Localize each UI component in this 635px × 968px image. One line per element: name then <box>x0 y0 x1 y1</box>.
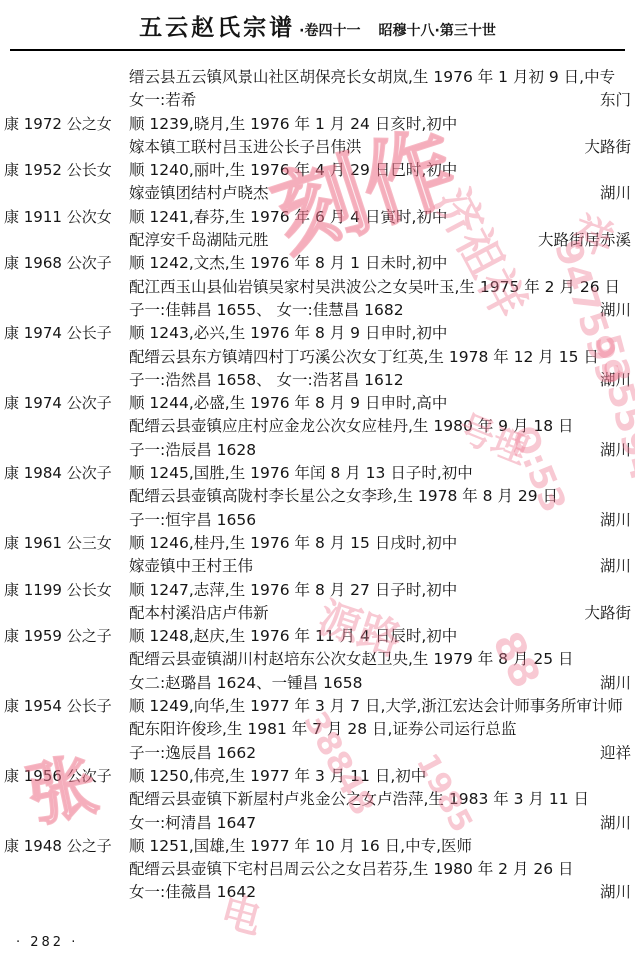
entry-text: 配江西玉山县仙岩镇吴家村吴洪波公之女吴叶玉,生 1975 年 2 月 26 日 <box>129 276 620 299</box>
entry-line: 顺 1250,伟亮,生 1977 年 3 月 11 日,初中 <box>129 765 635 788</box>
entry-line: 女一:佳薇昌 1642湖川 <box>129 881 635 904</box>
entry-line: 配淳安千岛湖陆元胜大路街居赤溪 <box>129 229 635 252</box>
entry-text: 顺 1246,桂丹,生 1976 年 8 月 15 日戌时,初中 <box>129 532 457 555</box>
entry-text: 缙云县五云镇风景山社区胡保亮长女胡岚,生 1976 年 1 月初 9 日,中专 <box>129 66 615 89</box>
residence-label: 湖川 <box>600 439 635 462</box>
generation-label: 康 1972 公之女 <box>4 113 112 136</box>
entry-line: 配缙云县东方镇靖四村丁巧溪公次女丁红英,生 1978 年 12 月 15 日 <box>129 346 635 369</box>
generation-label: 康 1911 公次女 <box>4 206 112 229</box>
entry-text: 配缙云县壶镇湖川村赵培东公次女赵卫央,生 1979 年 8 月 25 日 <box>129 648 574 671</box>
generation-label: 康 1974 公长子 <box>4 322 112 345</box>
genealogy-entry: 康 1911 公次女顺 1241,春芬,生 1976 年 6 月 4 日寅时,初… <box>0 206 635 253</box>
entry-text: 女一:若希 <box>129 89 196 112</box>
entry-text: 顺 1240,丽叶,生 1976 年 4 月 29 日巳时,初中 <box>129 159 457 182</box>
entry-text: 子一:逸辰昌 1662 <box>129 742 256 765</box>
generation-label: 康 1954 公长子 <box>4 695 112 718</box>
entry-line: 嫁本镇工联村吕玉进公长子吕伟洪大路街 <box>129 136 635 159</box>
entry-text: 配缙云县壶镇下宅村吕周云公之女吕若芬,生 1980 年 2 月 26 日 <box>129 858 574 881</box>
entry-line: 女二:赵璐昌 1624、一锺昌 1658湖川 <box>129 672 635 695</box>
genealogy-entry: 康 1968 公次子顺 1242,文杰,生 1976 年 8 月 1 日未时,初… <box>0 252 635 322</box>
entry-text: 顺 1247,志萍,生 1976 年 8 月 27 日子时,初中 <box>129 579 457 602</box>
entry-line: 子一:逸辰昌 1662迎祥 <box>129 742 635 765</box>
entry-text: 顺 1243,必兴,生 1976 年 8 月 9 日申时,初中 <box>129 322 447 345</box>
entry-line: 配缙云县壶镇应庄村应金龙公次女应桂丹,生 1980 年 9 月 18 日 <box>129 415 635 438</box>
generation-label: 康 1959 公之子 <box>4 625 112 648</box>
residence-label: 湖川 <box>600 812 635 835</box>
entry-line: 子一:浩然昌 1658、 女一:浩茗昌 1612湖川 <box>129 369 635 392</box>
genealogy-entry: 缙云县五云镇风景山社区胡保亮长女胡岚,生 1976 年 1 月初 9 日,中专女… <box>0 66 635 113</box>
genealogy-entry: 康 1984 公次子顺 1245,国胜,生 1976 年闰 8 月 13 日子时… <box>0 462 635 532</box>
page: 五云赵氏宗谱·卷四十一昭穆十八·第三十世 缙云县五云镇风景山社区胡保亮长女胡岚,… <box>0 0 635 905</box>
entry-text: 顺 1242,文杰,生 1976 年 8 月 1 日未时,初中 <box>129 252 447 275</box>
entry-text: 顺 1251,国雄,生 1977 年 10 月 16 日,中专,医师 <box>129 835 472 858</box>
residence-label: 大路街 <box>584 136 635 159</box>
generation-label: 康 1956 公次子 <box>4 765 112 788</box>
residence-label: 湖川 <box>600 182 635 205</box>
generation-label: 康 1984 公次子 <box>4 462 112 485</box>
entry-text: 顺 1245,国胜,生 1976 年闰 8 月 13 日子时,初中 <box>129 462 473 485</box>
entry-line: 配东阳许俊珍,生 1981 年 7 月 28 日,证券公司运行总监 <box>129 718 635 741</box>
genealogy-entry: 康 1199 公长女顺 1247,志萍,生 1976 年 8 月 27 日子时,… <box>0 579 635 626</box>
generation-label: 康 1961 公三女 <box>4 532 112 555</box>
entry-line: 子一:浩辰昌 1628湖川 <box>129 439 635 462</box>
entry-text: 配淳安千岛湖陆元胜 <box>129 229 269 252</box>
entry-text: 顺 1244,必盛,生 1976 年 8 月 9 日申时,高中 <box>129 392 447 415</box>
residence-label: 湖川 <box>600 509 635 532</box>
entry-line: 女一:若希东门 <box>129 89 635 112</box>
entry-line: 子一:恒宇昌 1656湖川 <box>129 509 635 532</box>
residence-label: 湖川 <box>600 881 635 904</box>
entry-line: 女一:柯清昌 1647湖川 <box>129 812 635 835</box>
entry-text: 子一:恒宇昌 1656 <box>129 509 256 532</box>
entry-line: 顺 1239,晓月,生 1976 年 1 月 24 日亥时,初中 <box>129 113 635 136</box>
entry-line: 顺 1240,丽叶,生 1976 年 4 月 29 日巳时,初中 <box>129 159 635 182</box>
entry-text: 嫁本镇工联村吕玉进公长子吕伟洪 <box>129 136 362 159</box>
genealogy-entry: 康 1948 公之子顺 1251,国雄,生 1977 年 10 月 16 日,中… <box>0 835 635 905</box>
entry-line: 顺 1243,必兴,生 1976 年 8 月 9 日申时,初中 <box>129 322 635 345</box>
entry-line: 配缙云县壶镇下宅村吕周云公之女吕若芬,生 1980 年 2 月 26 日 <box>129 858 635 881</box>
entry-text: 嫁壶镇中王村王伟 <box>129 555 253 578</box>
entry-text: 配缙云县壶镇高陇村李长星公之女李珍,生 1978 年 8 月 29 日 <box>129 485 558 508</box>
entry-line: 子一:佳韩昌 1655、 女一:佳慧昌 1682湖川 <box>129 299 635 322</box>
entry-line: 缙云县五云镇风景山社区胡保亮长女胡岚,生 1976 年 1 月初 9 日,中专 <box>129 66 635 89</box>
genealogy-entry: 康 1974 公次子顺 1244,必盛,生 1976 年 8 月 9 日申时,高… <box>0 392 635 462</box>
entry-text: 顺 1241,春芬,生 1976 年 6 月 4 日寅时,初中 <box>129 206 447 229</box>
entry-text: 配缙云县东方镇靖四村丁巧溪公次女丁红英,生 1978 年 12 月 15 日 <box>129 346 599 369</box>
entry-line: 配江西玉山县仙岩镇吴家村吴洪波公之女吴叶玉,生 1975 年 2 月 26 日 <box>129 276 635 299</box>
entry-line: 配缙云县壶镇湖川村赵培东公次女赵卫央,生 1979 年 8 月 25 日 <box>129 648 635 671</box>
generation-label: 康 1968 公次子 <box>4 252 112 275</box>
header-divider <box>10 49 625 51</box>
entry-text: 配本村溪沿店卢伟新 <box>129 602 269 625</box>
genealogy-entry: 康 1961 公三女顺 1246,桂丹,生 1976 年 8 月 15 日戌时,… <box>0 532 635 579</box>
residence-label: 大路街 <box>584 602 635 625</box>
residence-label: 大路街居赤溪 <box>538 229 635 252</box>
entry-line: 顺 1245,国胜,生 1976 年闰 8 月 13 日子时,初中 <box>129 462 635 485</box>
entry-text: 子一:佳韩昌 1655、 女一:佳慧昌 1682 <box>129 299 404 322</box>
entry-line: 顺 1242,文杰,生 1976 年 8 月 1 日未时,初中 <box>129 252 635 275</box>
page-number: · 282 · <box>16 935 78 950</box>
entry-line: 顺 1241,春芬,生 1976 年 6 月 4 日寅时,初中 <box>129 206 635 229</box>
entry-line: 顺 1251,国雄,生 1977 年 10 月 16 日,中专,医师 <box>129 835 635 858</box>
volume-label: ·卷四十一 <box>299 23 360 39</box>
entry-text: 子一:浩辰昌 1628 <box>129 439 256 462</box>
entry-line: 配缙云县壶镇高陇村李长星公之女李珍,生 1978 年 8 月 29 日 <box>129 485 635 508</box>
entry-line: 顺 1244,必盛,生 1976 年 8 月 9 日申时,高中 <box>129 392 635 415</box>
entry-text: 顺 1248,赵庆,生 1976 年 11 月 4 日辰时,初中 <box>129 625 457 648</box>
entry-line: 顺 1248,赵庆,生 1976 年 11 月 4 日辰时,初中 <box>129 625 635 648</box>
entry-text: 配东阳许俊珍,生 1981 年 7 月 28 日,证券公司运行总监 <box>129 718 516 741</box>
residence-label: 湖川 <box>600 369 635 392</box>
entry-text: 子一:浩然昌 1658、 女一:浩茗昌 1612 <box>129 369 404 392</box>
residence-label: 湖川 <box>600 672 635 695</box>
genealogy-entry: 康 1954 公长子顺 1249,向华,生 1977 年 3 月 7 日,大学,… <box>0 695 635 765</box>
entry-text: 嫁壶镇团结村卢晓杰 <box>129 182 269 205</box>
entry-text: 女二:赵璐昌 1624、一锺昌 1658 <box>129 672 362 695</box>
generation-label: 康 1199 公长女 <box>4 579 112 602</box>
genealogy-entry: 康 1952 公长女顺 1240,丽叶,生 1976 年 4 月 29 日巳时,… <box>0 159 635 206</box>
genealogy-entry: 康 1972 公之女顺 1239,晓月,生 1976 年 1 月 24 日亥时,… <box>0 113 635 160</box>
generation-label: 康 1948 公之子 <box>4 835 112 858</box>
entry-line: 顺 1249,向华,生 1977 年 3 月 7 日,大学,浙江宏达会计师事务所… <box>129 695 635 718</box>
generation-heading: 昭穆十八·第三十世 <box>379 23 496 39</box>
page-header: 五云赵氏宗谱·卷四十一昭穆十八·第三十世 <box>0 0 635 42</box>
entry-line: 配本村溪沿店卢伟新大路街 <box>129 602 635 625</box>
entry-text: 女一:佳薇昌 1642 <box>129 881 256 904</box>
entry-text: 顺 1239,晓月,生 1976 年 1 月 24 日亥时,初中 <box>129 113 457 136</box>
entry-line: 嫁壶镇中王村王伟湖川 <box>129 555 635 578</box>
generation-label: 康 1974 公次子 <box>4 392 112 415</box>
entry-text: 配缙云县壶镇应庄村应金龙公次女应桂丹,生 1980 年 9 月 18 日 <box>129 415 574 438</box>
book-title: 五云赵氏宗谱 <box>139 15 295 41</box>
genealogy-entry: 康 1956 公次子顺 1250,伟亮,生 1977 年 3 月 11 日,初中… <box>0 765 635 835</box>
entry-text: 配缙云县壶镇下新屋村卢兆金公之女卢浩萍,生 1983 年 3 月 11 日 <box>129 788 589 811</box>
entry-line: 配缙云县壶镇下新屋村卢兆金公之女卢浩萍,生 1983 年 3 月 11 日 <box>129 788 635 811</box>
entry-text: 女一:柯清昌 1647 <box>129 812 256 835</box>
entry-line: 顺 1247,志萍,生 1976 年 8 月 27 日子时,初中 <box>129 579 635 602</box>
entry-text: 顺 1249,向华,生 1977 年 3 月 7 日,大学,浙江宏达会计师事务所… <box>129 695 623 718</box>
generation-label: 康 1952 公长女 <box>4 159 112 182</box>
genealogy-entry: 康 1959 公之子顺 1248,赵庆,生 1976 年 11 月 4 日辰时,… <box>0 625 635 695</box>
residence-label: 湖川 <box>600 555 635 578</box>
residence-label: 迎祥 <box>600 742 635 765</box>
residence-label: 湖川 <box>600 299 635 322</box>
entries: 缙云县五云镇风景山社区胡保亮长女胡岚,生 1976 年 1 月初 9 日,中专女… <box>0 66 635 905</box>
entry-text: 顺 1250,伟亮,生 1977 年 3 月 11 日,初中 <box>129 765 426 788</box>
entry-line: 嫁壶镇团结村卢晓杰湖川 <box>129 182 635 205</box>
entry-line: 顺 1246,桂丹,生 1976 年 8 月 15 日戌时,初中 <box>129 532 635 555</box>
residence-label: 东门 <box>600 89 635 112</box>
genealogy-entry: 康 1974 公长子顺 1243,必兴,生 1976 年 8 月 9 日申时,初… <box>0 322 635 392</box>
